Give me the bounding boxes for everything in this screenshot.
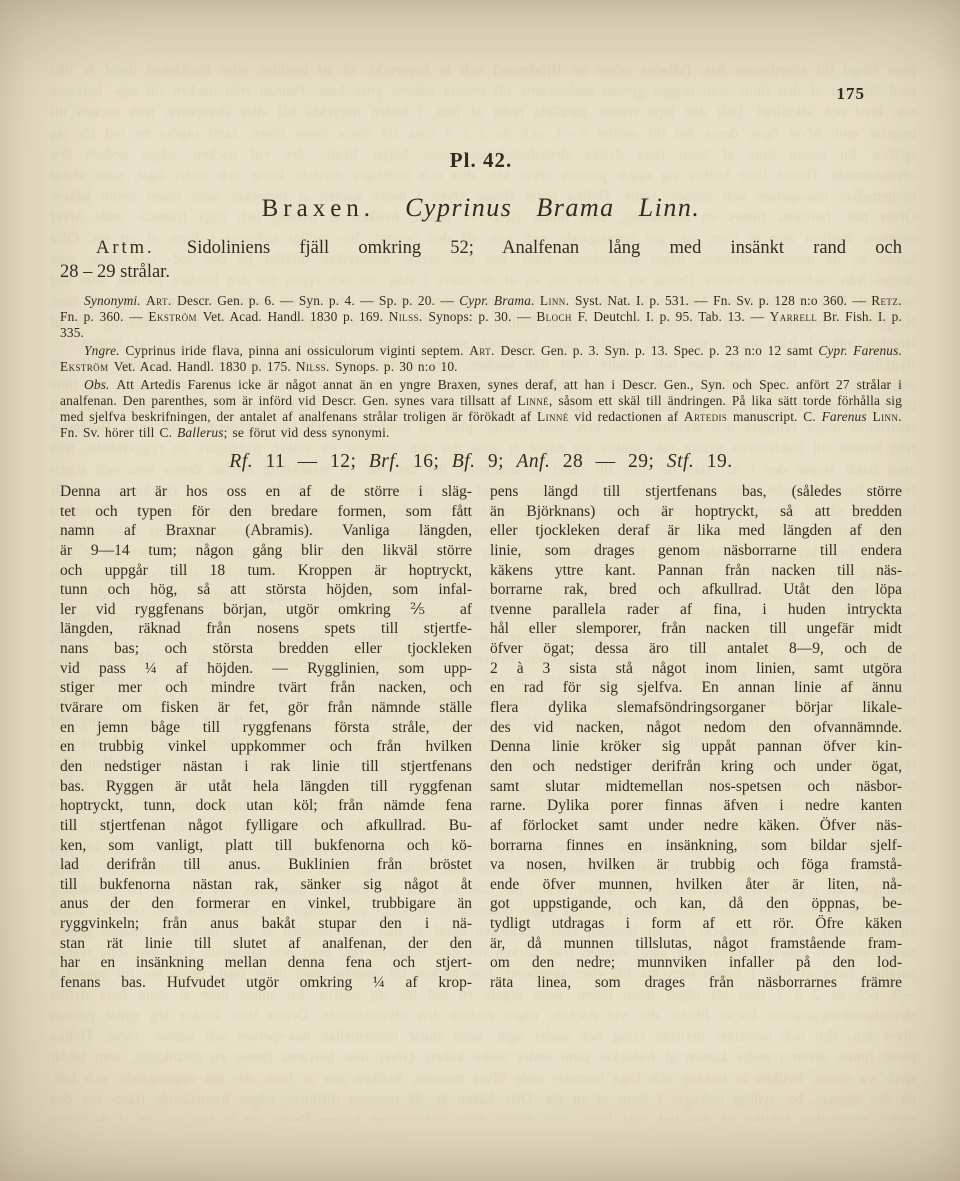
obs-note-paragraph: Obs. Att Artedis Farenus icke är något a… bbox=[60, 377, 902, 441]
text-line: den nedstiger nästan i rak linie till st… bbox=[60, 757, 472, 777]
text-line: nans bas; och största bredden eller tjoc… bbox=[60, 639, 472, 659]
text-line: till stjertfenan något fylligare och afk… bbox=[60, 816, 472, 836]
text-line: Denna art är hos oss en af de större i s… bbox=[60, 482, 472, 502]
text-line: lad derifrån till anus. Buklinien från b… bbox=[60, 855, 472, 875]
text-line: vid pass ¼ af höjden. — Rygglinien, som … bbox=[60, 659, 472, 679]
text-line: tvärare om fisken är fet, gör från nämnd… bbox=[60, 698, 472, 718]
body-column-right: pens längd till stjertfenans bas, (såled… bbox=[490, 482, 902, 993]
text-line: des vid nacken, något nedom den ofvannäm… bbox=[490, 718, 902, 738]
text-line: linie, som drages genom näsborrarne till… bbox=[490, 541, 902, 561]
text-line: Denna linie kröker sig uppåt pannan öfve… bbox=[490, 737, 902, 757]
text-line: eller tjockleken deraf är lika med längd… bbox=[490, 521, 902, 541]
text-line: en rad för sig sjelfva. En annan linie a… bbox=[490, 678, 902, 698]
text-line: stiger mer och mindre tvärt från nacken,… bbox=[60, 678, 472, 698]
text-line: samt slutar midtemellan nos-spetsen och … bbox=[490, 777, 902, 797]
text-line: och uppgår till 18 tum. Kroppen är hoptr… bbox=[60, 561, 472, 581]
plate-heading: Pl. 42. bbox=[60, 148, 902, 173]
species-common-name: Braxen. bbox=[262, 195, 375, 222]
text-line: namn af Braxnar (Abramis). Vanliga längd… bbox=[60, 521, 472, 541]
text-line: flera dylika slemafsöndringsorganer börj… bbox=[490, 698, 902, 718]
text-line: borrarne rak, bred och afkullrad. Utåt d… bbox=[490, 580, 902, 600]
text-line: har en insänkning mellan denna fena och … bbox=[60, 953, 472, 973]
text-line: hål eller slemporer, från nacken till un… bbox=[490, 619, 902, 639]
book-page: pens längd till stjertfenans bas, (såled… bbox=[0, 0, 960, 1181]
text-line: hoptryckt, tunn, dock utan köl; från näm… bbox=[60, 796, 472, 816]
text-line: tvenne parallela rader af fina, i huden … bbox=[490, 600, 902, 620]
text-line: ende öfver munnen, hvilken åter är liten… bbox=[490, 875, 902, 895]
text-line: är, då munnen tillslutas, något framståe… bbox=[490, 934, 902, 954]
text-line: en jemn båge till ryggfenans första strå… bbox=[60, 718, 472, 738]
text-line: än Björknans) och är hoptryckt, så att b… bbox=[490, 502, 902, 522]
text-line: pens längd till stjertfenans bas, (såled… bbox=[490, 482, 902, 502]
text-line: af förlocket samt under nedre käken. Öfv… bbox=[490, 816, 902, 836]
text-line: till bukfenorna nästan rak, sänker sig n… bbox=[60, 875, 472, 895]
text-line: 2 à 3 sista stå något inom linien, samt … bbox=[490, 659, 902, 679]
body-columns: Denna art är hos oss en af de större i s… bbox=[60, 482, 902, 993]
text-line: ken, som vanligt, platt till bukfenorna … bbox=[60, 836, 472, 856]
art-characters-line-2: 28 – 29 strålar. bbox=[60, 260, 902, 284]
text-line: stan rät linie till slutet af analfenan,… bbox=[60, 934, 472, 954]
text-line: ler vid ryggfenans början, utgör omkring… bbox=[60, 600, 472, 620]
fin-ray-formula: Rf. 11 — 12; Brf. 16; Bf. 9; Anf. 28 — 2… bbox=[60, 451, 902, 473]
text-line: är 9—14 tum; någon gång blir den likväl … bbox=[60, 541, 472, 561]
text-line: den och nedstiger derifrån kring och und… bbox=[490, 757, 902, 777]
body-column-left: Denna art är hos oss en af de större i s… bbox=[60, 482, 472, 993]
text-line: fenans bas. Hufvudet utgör omkring ¼ af … bbox=[60, 973, 472, 993]
yngre-synonymy-paragraph: Yngre. Cyprinus iride flava, pinna ani o… bbox=[60, 343, 902, 375]
text-line: ryggvinkeln; från anus bakåt stupar den … bbox=[60, 914, 472, 934]
text-line: va nosen, hvilken är trubbig och föga fr… bbox=[490, 855, 902, 875]
art-characters-line-1: Artm. Sidoliniens fjäll omkring 52; Anal… bbox=[60, 236, 902, 260]
text-line: käkens yttre kant. Pannan från nacken ti… bbox=[490, 561, 902, 581]
species-title: Braxen.Cyprinus Brama Linn. bbox=[60, 187, 902, 224]
text-line: en trubbig vinkel uppkommer och från hvi… bbox=[60, 737, 472, 757]
text-line: om den nedre; munnviken infaller på den … bbox=[490, 953, 902, 973]
page-content: Pl. 42. Braxen.Cyprinus Brama Linn. Artm… bbox=[60, 0, 902, 993]
text-line: tunn och hög, så att största höjden, som… bbox=[60, 580, 472, 600]
species-latin-name: Cyprinus Brama Linn. bbox=[405, 193, 700, 222]
text-line: bas. Ryggen är utåt hela längden till ry… bbox=[60, 777, 472, 797]
text-line: räta linea, som drages från näsborrarnes… bbox=[490, 973, 902, 993]
text-line: tet och typen för den bredare formen, so… bbox=[60, 502, 472, 522]
text-line: anus der den formerar en vinkel, trubbig… bbox=[60, 894, 472, 914]
text-line: borrarna finnes en insänkning, som bilda… bbox=[490, 836, 902, 856]
text-line: öfver ögat; dessa äro till antalet 8—9, … bbox=[490, 639, 902, 659]
text-line: rarne. Dylika porer finnas äfven i nedre… bbox=[490, 796, 902, 816]
text-line: got uppstigande, och kan, då den öppnas,… bbox=[490, 894, 902, 914]
synonymy-paragraph: Synonymi. Art. Descr. Gen. p. 6. — Syn. … bbox=[60, 293, 902, 341]
text-line: tydligt utdragas i form af ett rör. Öfre… bbox=[490, 914, 902, 934]
art-characters: Artm. Sidoliniens fjäll omkring 52; Anal… bbox=[60, 236, 902, 284]
text-line: längden, räknad från nosens spets till s… bbox=[60, 619, 472, 639]
